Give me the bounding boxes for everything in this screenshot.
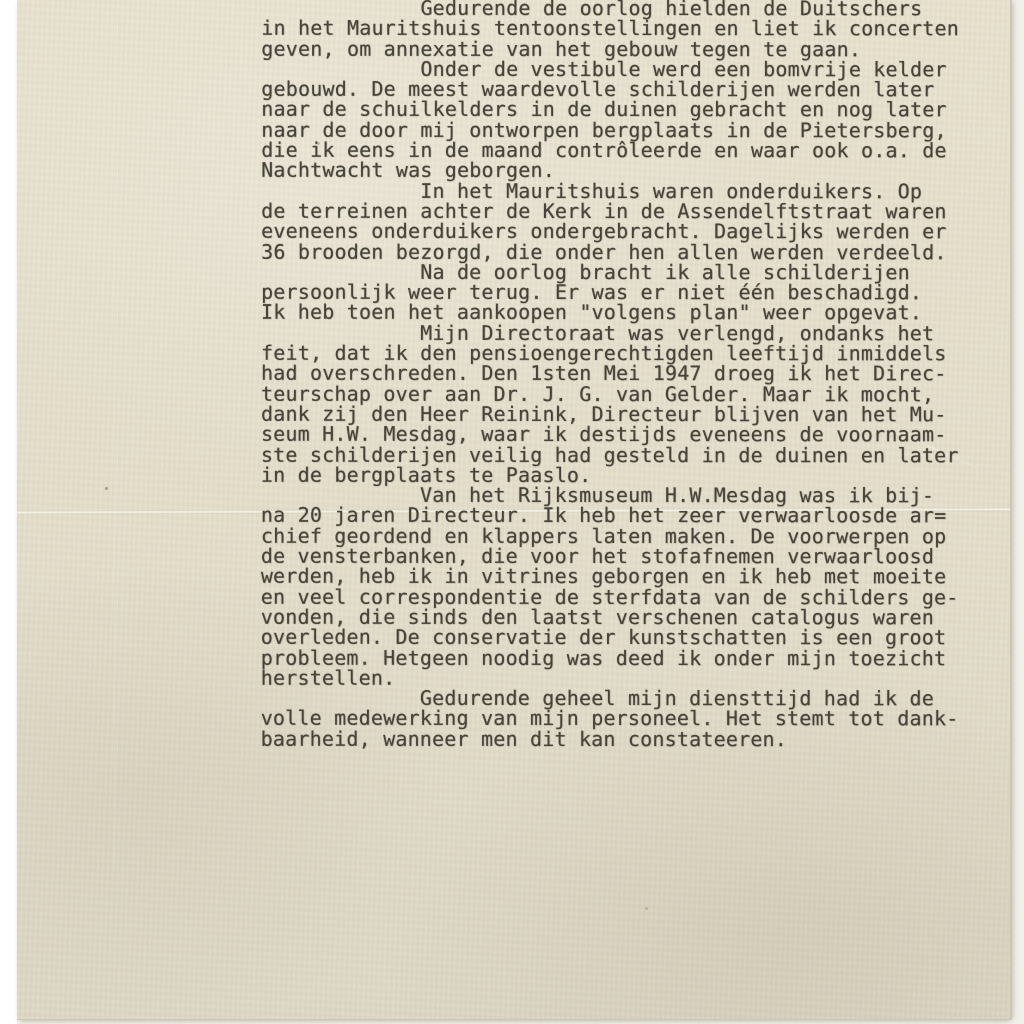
fold-line-vertical [113,0,116,868]
typewritten-text: Gedurende de oorlog hielden de Duitscher… [261,0,959,749]
paper-specks [105,487,108,490]
document-page: Gedurende de oorlog hielden de Duitscher… [17,0,1012,1020]
scan-background: Gedurende de oorlog hielden de Duitscher… [0,0,1024,1024]
